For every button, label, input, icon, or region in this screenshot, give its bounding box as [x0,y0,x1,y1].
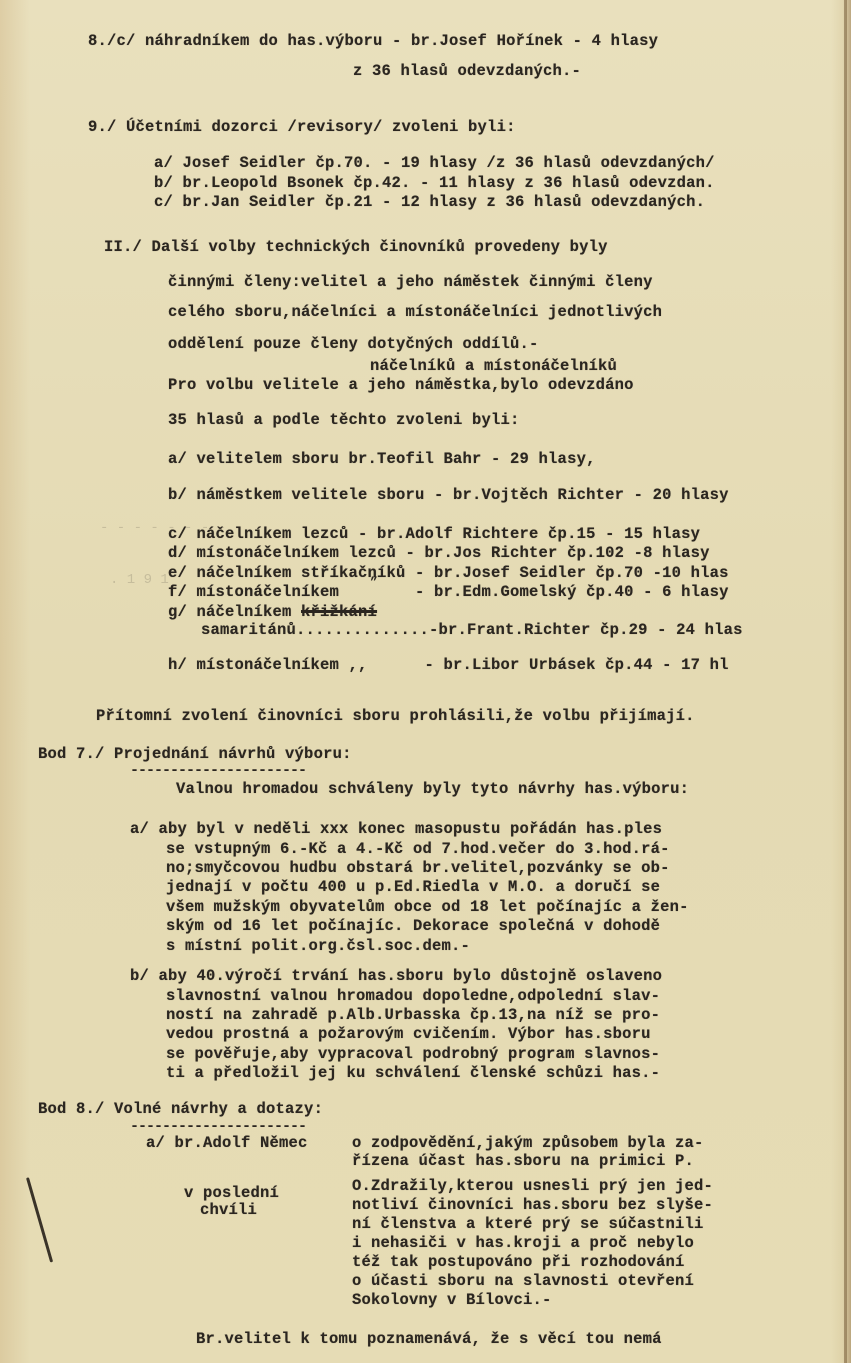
side-note-line: chvíli [200,1201,257,1219]
item-9-entry: a/ Josef Seidler čp.70. - 19 hlasy /z 36… [154,154,715,172]
proposal-a-line: ským od 16 let počínajíc. Dekorace spole… [166,917,660,935]
item-11-line: II./ Další volby technických činovníků p… [104,238,608,256]
struck-word: křižkání [301,603,377,621]
proposal-b-line: ti a předložil jej ku schválení členské … [166,1064,660,1082]
bod-8-underline: ---------------------- [130,1118,306,1135]
bod-8-entry-a-line: řízena účast has.sboru na primici P. [352,1152,694,1170]
elected-entry: f/ místonáčelníkem - br.Edm.Gomelský čp.… [168,583,729,601]
bod-8-entry-a-line: Sokolovny v Bílovci.- [352,1291,552,1309]
proposal-b-line: se pověřuje,aby vypracoval podrobný prog… [166,1045,660,1063]
elected-entry-g-label: g/ náčelníkem [168,603,301,621]
item-9-heading: 9./ Účetními dozorci /revisory/ zvoleni … [88,118,516,136]
item-8c-line2: z 36 hlasů odevzdaných.- [353,62,581,80]
item-9-entry: b/ br.Leopold Bsonek čp.42. - 11 hlasy z… [154,174,715,192]
closing-line: Br.velitel k tomu poznamenává, že s věcí… [196,1330,662,1348]
proposal-b-line: b/ aby 40.výročí trvání has.sboru bylo d… [130,967,662,985]
elected-entry: g/ náčelníkem křižkání [168,603,377,621]
item-11-line: celého sboru,náčelníci a místonáčelníci … [168,303,662,321]
item-8c-line1: 8./c/ náhradníkem do has.výboru - br.Jos… [88,32,658,50]
bod-8-entry-a-line: i nehasiči v has.kroji a proč nebylo [352,1234,694,1252]
ditto-mark: „ [370,567,378,582]
elected-entry: samaritánů..............-br.Frant.Richte… [201,621,743,639]
elected-entry: a/ velitelem sboru br.Teofil Bahr - 29 h… [168,450,596,468]
item-11-line: Pro volbu velitele a jeho náměstka,bylo … [168,376,634,394]
proposal-a-line: se vstupným 6.-Kč a 4.-Kč od 7.hod.večer… [166,840,670,858]
proposal-a-line: jednají v počtu 400 u p.Ed.Riedla v M.O.… [166,878,660,896]
bod-8-entry-a-line: o účasti sboru na slavnosti otevření [352,1272,694,1290]
elected-entry: e/ náčelníkem stříkačníků - br.Josef Sei… [168,564,729,582]
bod-7-title: Projednání návrhů výboru: [114,745,352,763]
bod-8-heading: Bod 8./ Volné návrhy a dotazy: [38,1100,323,1118]
bod-8-entry-a-line: O.Zdražily,kterou usnesli prý jen jed- [352,1177,713,1195]
bod-7-intro: Valnou hromadou schváleny byly tyto návr… [176,780,689,798]
proposal-a-line: s místní polit.org.čsl.soc.dem.- [166,937,470,955]
item-11-insertion: náčelníků a místonáčelníků [370,357,617,375]
bod-7-label: Bod 7./ [38,745,105,763]
item-11-line: 35 hlasů a podle těchto zvoleni byli: [168,411,520,429]
bod-7-heading: Bod 7./ Projednání návrhů výboru: [38,745,352,763]
bod-8-label: Bod 8./ [38,1100,105,1118]
acceptance-statement: Přítomní zvolení činovníci sboru prohlás… [96,707,695,725]
elected-entry: d/ místonáčelníkem lezců - br.Jos Richte… [168,544,710,562]
proposal-b-line: vedou prostná a požarovým cvičením. Výbo… [166,1025,651,1043]
binding-edge [844,0,847,1363]
proposal-a-line: všem mužským obyvatelům obce od 18 let p… [166,898,689,916]
bod-8-entry-a-line: o zodpovědění,jakým způsobem byla za- [352,1134,704,1152]
elected-entry: h/ místonáčelníkem ,, - br.Libor Urbásek… [168,656,729,674]
side-note-line: v poslední [184,1184,279,1202]
bod-8-entry-a-line: ní členstva a které prý se súčastnili [352,1215,704,1233]
item-11-line: oddělení pouze členy dotyčných oddílů.- [168,335,539,353]
elected-entry: b/ náměstkem velitele sboru - br.Vojtěch… [168,486,729,504]
bod-8-title: Volné návrhy a dotazy: [114,1100,323,1118]
item-11-line: činnými členy:velitel a jeho náměstek či… [168,273,653,291]
proposal-a-line: a/ aby byl v neděli xxx konec masopustu … [130,820,662,838]
bod-8-entry-a-line: též tak postupováno při rozhodování [352,1253,685,1271]
bod-8-entry-a-line: notliví činovníci has.sboru bez slyše- [352,1196,713,1214]
show-through-text: . 1 9 1 [110,572,169,588]
elected-entry: c/ náčelníkem lezců - br.Adolf Richtere … [168,525,700,543]
proposal-b-line: slavnostní valnou hromadou dopoledne,odp… [166,987,660,1005]
bod-8-entry-a-label: a/ br.Adolf Němec [146,1134,308,1152]
proposal-b-line: ností na zahradě p.Alb.Urbasska čp.13,na… [166,1006,660,1024]
bod-7-underline: ---------------------- [130,762,306,779]
proposal-a-line: no;smyčcovou hudbu obstará br.velitel,po… [166,859,670,877]
item-9-entry: c/ br.Jan Seidler čp.21 - 12 hlasy z 36 … [154,193,705,211]
